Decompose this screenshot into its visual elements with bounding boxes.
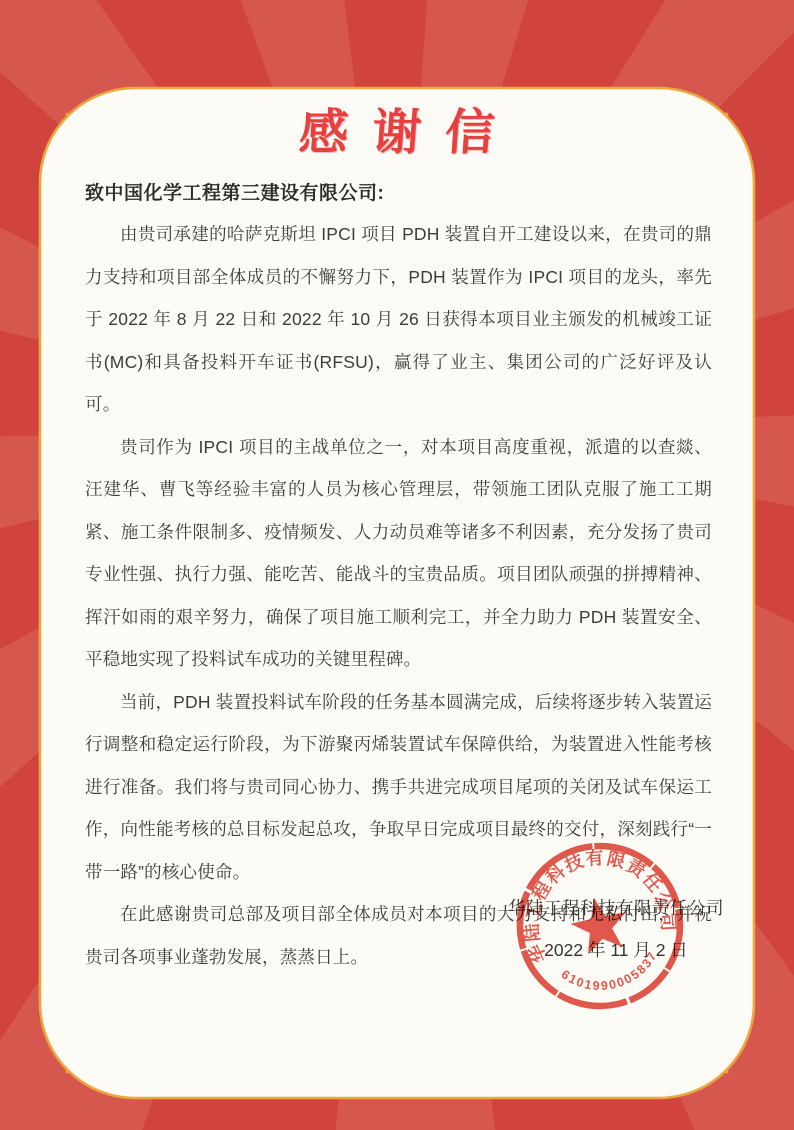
letter-title: 感谢信: [38, 94, 757, 164]
letter-paragraph: 贵司作为 IPCI 项目的主战单位之一，对本项目高度重视，派遣的以查燚、汪建华、…: [85, 426, 712, 681]
letter-paragraph: 由贵司承建的哈萨克斯坦 IPCI 项目 PDH 装置自开工建设以来，在贵司的鼎力…: [85, 213, 712, 426]
letter-page: 感谢信 致中国化学工程第三建设有限公司: 由贵司承建的哈萨克斯坦 IPCI 项目…: [0, 0, 794, 1130]
signature-block: 华陆工程科技有限责任公司 2022 年 11 月 2 日: [508, 895, 724, 962]
signature-date: 2022 年 11 月 2 日: [508, 937, 724, 962]
letter-body: 由贵司承建的哈萨克斯坦 IPCI 项目 PDH 装置自开工建设以来，在贵司的鼎力…: [85, 213, 712, 978]
letter-paragraph: 当前，PDH 装置投料试车阶段的任务基本圆满完成，后续将逐步转入装置运行调整和稳…: [85, 681, 712, 894]
letter-content: 感谢信 致中国化学工程第三建设有限公司: 由贵司承建的哈萨克斯坦 IPCI 项目…: [0, 0, 794, 1130]
signature-company: 华陆工程科技有限责任公司: [508, 895, 724, 920]
salutation: 致中国化学工程第三建设有限公司:: [85, 178, 712, 205]
